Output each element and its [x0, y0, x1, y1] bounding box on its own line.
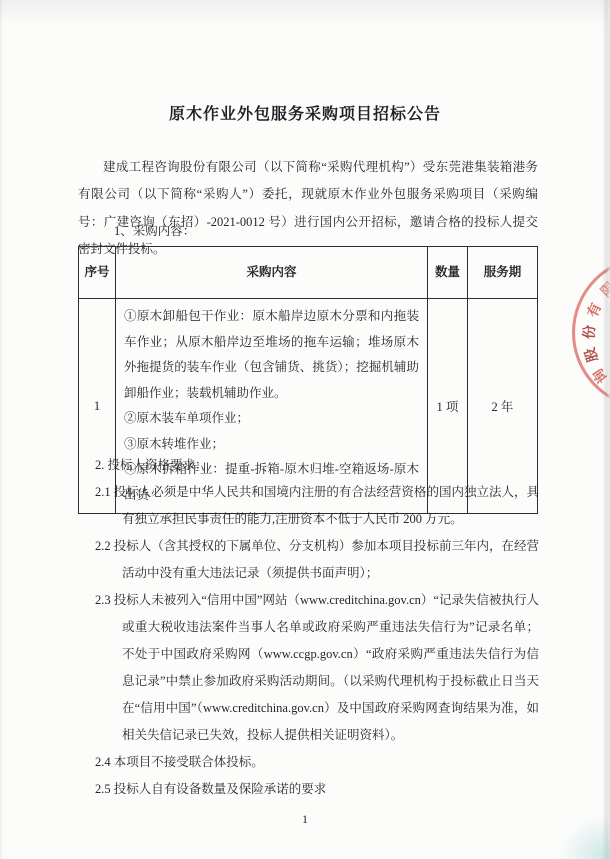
qualification-item-2-4: 2.4 本项目不接受联合体投标。	[95, 749, 539, 776]
seal-ring-character: 有	[582, 300, 606, 321]
section-2-heading: 2. 投标人资格要求：	[95, 452, 539, 479]
scan-edge-left	[0, 0, 3, 859]
qualification-item-2-2: 2.2 投标人（含其授权的下属单位、分支机构）参加本项目投标前三年内，在经营活动…	[95, 533, 539, 587]
seal-ring-character: 限	[596, 277, 610, 301]
table-header-row: 序号 采购内容 数量 服务期	[79, 247, 538, 299]
column-header-quantity: 数量	[428, 247, 468, 299]
seal-ring-character: 询	[588, 364, 610, 387]
qualification-item-2-5: 2.5 投标人自有设备数量及保险承诺的要求	[95, 776, 539, 803]
seal-ring-character: 份	[579, 324, 600, 339]
item-number: 2.2	[95, 539, 114, 553]
qualification-item-2-1: 2.1 投标人必须是中华人民共和国境内注册的有合法经营资格的国内独立法人，具有独…	[95, 479, 539, 533]
qualification-item-2-3: 2.3 投标人未被列入“信用中国”网站（www.creditchina.gov.…	[95, 587, 539, 749]
seal-ring-character: 股	[579, 345, 602, 364]
content-item-1: ①原木卸船包干作业：原木船岸边原木分票和内拖装车作业；从原木船岸边至堆场的拖车运…	[124, 304, 419, 406]
item-number: 2.3	[95, 593, 114, 607]
column-header-service-period: 服务期	[468, 247, 538, 299]
section-1-heading: 1、采购内容：	[114, 221, 195, 239]
item-number: 2.1	[95, 485, 114, 499]
content-item-2: ②原木装车单项作业；	[124, 406, 419, 432]
column-header-no: 序号	[79, 247, 116, 299]
item-number: 2.4	[95, 755, 114, 769]
qualification-section: 2. 投标人资格要求： 2.1 投标人必须是中华人民共和国境内注册的有合法经营资…	[95, 452, 539, 803]
item-number: 2.5	[95, 782, 114, 796]
item-text: 本项目不接受联合体投标。	[114, 755, 264, 769]
column-header-content: 采购内容	[116, 247, 428, 299]
scan-edge-right	[602, 0, 610, 859]
scanned-document-page: 原木作业外包服务采购项目招标公告 建成工程咨询股份有限公司（以下简称“采购代理机…	[0, 0, 610, 859]
item-text: 投标人（含其授权的下属单位、分支机构）参加本项目投标前三年内，在经营活动中没有重…	[114, 539, 539, 580]
page-number: 1	[0, 812, 610, 827]
company-seal-stamp: 限 有 份 股 询	[572, 256, 610, 409]
item-text: 投标人未被列入“信用中国”网站（www.creditchina.gov.cn）“…	[114, 593, 539, 742]
item-text: 投标人必须是中华人民共和国境内注册的有合法经营资格的国内独立法人，具有独立承担民…	[114, 485, 539, 526]
page-title: 原木作业外包服务采购项目招标公告	[0, 101, 610, 124]
item-text: 投标人自有设备数量及保险承诺的要求	[114, 782, 327, 796]
scan-edge-top	[0, 0, 610, 26]
